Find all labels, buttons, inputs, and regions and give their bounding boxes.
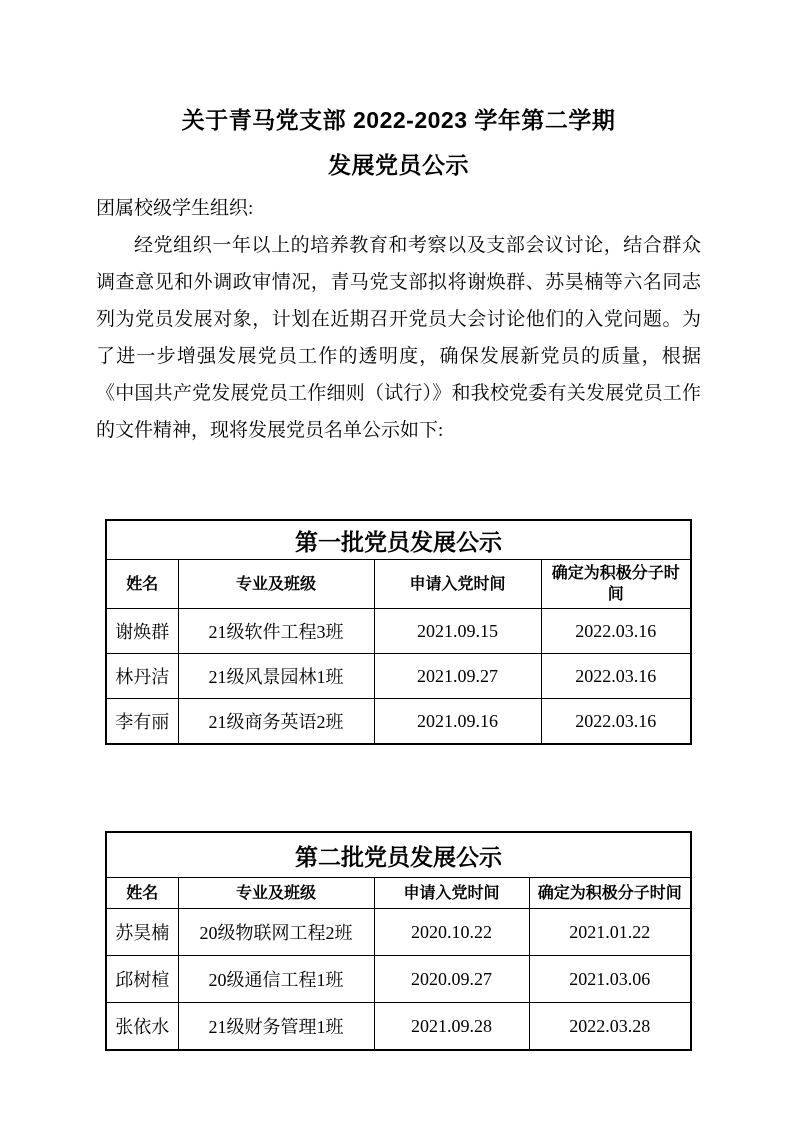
body-paragraph: 经党组织一年以上的培养教育和考察以及支部会议讨论，结合群众调查意见和外调政审情况… (96, 227, 701, 449)
col-header-major-class: 专业及班级 (178, 560, 374, 609)
table-row: 张依水 21级财务管理1班 2021.09.28 2022.03.28 (106, 1003, 691, 1051)
cell-major-class: 20级物联网工程2班 (178, 909, 374, 956)
col-header-name: 姓名 (106, 878, 178, 909)
cell-activist-date: 2022.03.16 (541, 654, 691, 699)
cell-activist-date: 2022.03.16 (541, 609, 691, 654)
cell-activist-date: 2021.03.06 (529, 956, 691, 1003)
table-row: 林丹洁 21级风景园林1班 2021.09.27 2022.03.16 (106, 654, 691, 699)
cell-apply-date: 2020.10.22 (374, 909, 529, 956)
document-title-line2: 发展党员公示 (96, 143, 701, 188)
table-row: 邱树楦 20级通信工程1班 2020.09.27 2021.03.06 (106, 956, 691, 1003)
col-header-apply-date: 申请入党时间 (374, 878, 529, 909)
cell-apply-date: 2020.09.27 (374, 956, 529, 1003)
document-title-line1: 关于青马党支部 2022-2023 学年第二学期 (96, 98, 701, 143)
cell-name: 林丹洁 (106, 654, 178, 699)
batch2-table-title: 第二批党员发展公示 (106, 832, 691, 878)
batch1-header-row: 姓名 专业及班级 申请入党时间 确定为积极分子时间 (106, 560, 691, 609)
table-row: 李有丽 21级商务英语2班 2021.09.16 2022.03.16 (106, 699, 691, 745)
col-header-activist-date: 确定为积极分子时间 (529, 878, 691, 909)
cell-apply-date: 2021.09.15 (374, 609, 541, 654)
cell-apply-date: 2021.09.28 (374, 1003, 529, 1051)
cell-apply-date: 2021.09.27 (374, 654, 541, 699)
col-header-activist-date: 确定为积极分子时间 (541, 560, 691, 609)
cell-name: 苏昊楠 (106, 909, 178, 956)
salutation: 团属校级学生组织: (96, 191, 701, 227)
cell-name: 邱树楦 (106, 956, 178, 1003)
cell-major-class: 21级商务英语2班 (178, 699, 374, 745)
batch1-title-row: 第一批党员发展公示 (106, 520, 691, 560)
col-header-major-class: 专业及班级 (178, 878, 374, 909)
cell-name: 谢焕群 (106, 609, 178, 654)
batch2-title-row: 第二批党员发展公示 (106, 832, 691, 878)
batch2-header-row: 姓名 专业及班级 申请入党时间 确定为积极分子时间 (106, 878, 691, 909)
cell-activist-date: 2022.03.16 (541, 699, 691, 745)
batch2-table: 第二批党员发展公示 姓名 专业及班级 申请入党时间 确定为积极分子时间 苏昊楠 … (105, 831, 692, 1051)
cell-name: 李有丽 (106, 699, 178, 745)
table-row: 苏昊楠 20级物联网工程2班 2020.10.22 2021.01.22 (106, 909, 691, 956)
batch1-table: 第一批党员发展公示 姓名 专业及班级 申请入党时间 确定为积极分子时间 谢焕群 … (105, 519, 692, 745)
document-title: 关于青马党支部 2022-2023 学年第二学期 发展党员公示 (96, 98, 701, 188)
cell-major-class: 21级风景园林1班 (178, 654, 374, 699)
cell-major-class: 20级通信工程1班 (178, 956, 374, 1003)
col-header-apply-date: 申请入党时间 (374, 560, 541, 609)
document-content: 关于青马党支部 2022-2023 学年第二学期 发展党员公示 团属校级学生组织… (0, 0, 793, 1051)
cell-activist-date: 2021.01.22 (529, 909, 691, 956)
cell-name: 张依水 (106, 1003, 178, 1051)
cell-major-class: 21级财务管理1班 (178, 1003, 374, 1051)
document-page: 关于青马党支部 2022-2023 学年第二学期 发展党员公示 团属校级学生组织… (0, 0, 793, 1122)
col-header-name: 姓名 (106, 560, 178, 609)
cell-apply-date: 2021.09.16 (374, 699, 541, 745)
table-row: 谢焕群 21级软件工程3班 2021.09.15 2022.03.16 (106, 609, 691, 654)
cell-activist-date: 2022.03.28 (529, 1003, 691, 1051)
cell-major-class: 21级软件工程3班 (178, 609, 374, 654)
batch1-table-title: 第一批党员发展公示 (106, 520, 691, 560)
